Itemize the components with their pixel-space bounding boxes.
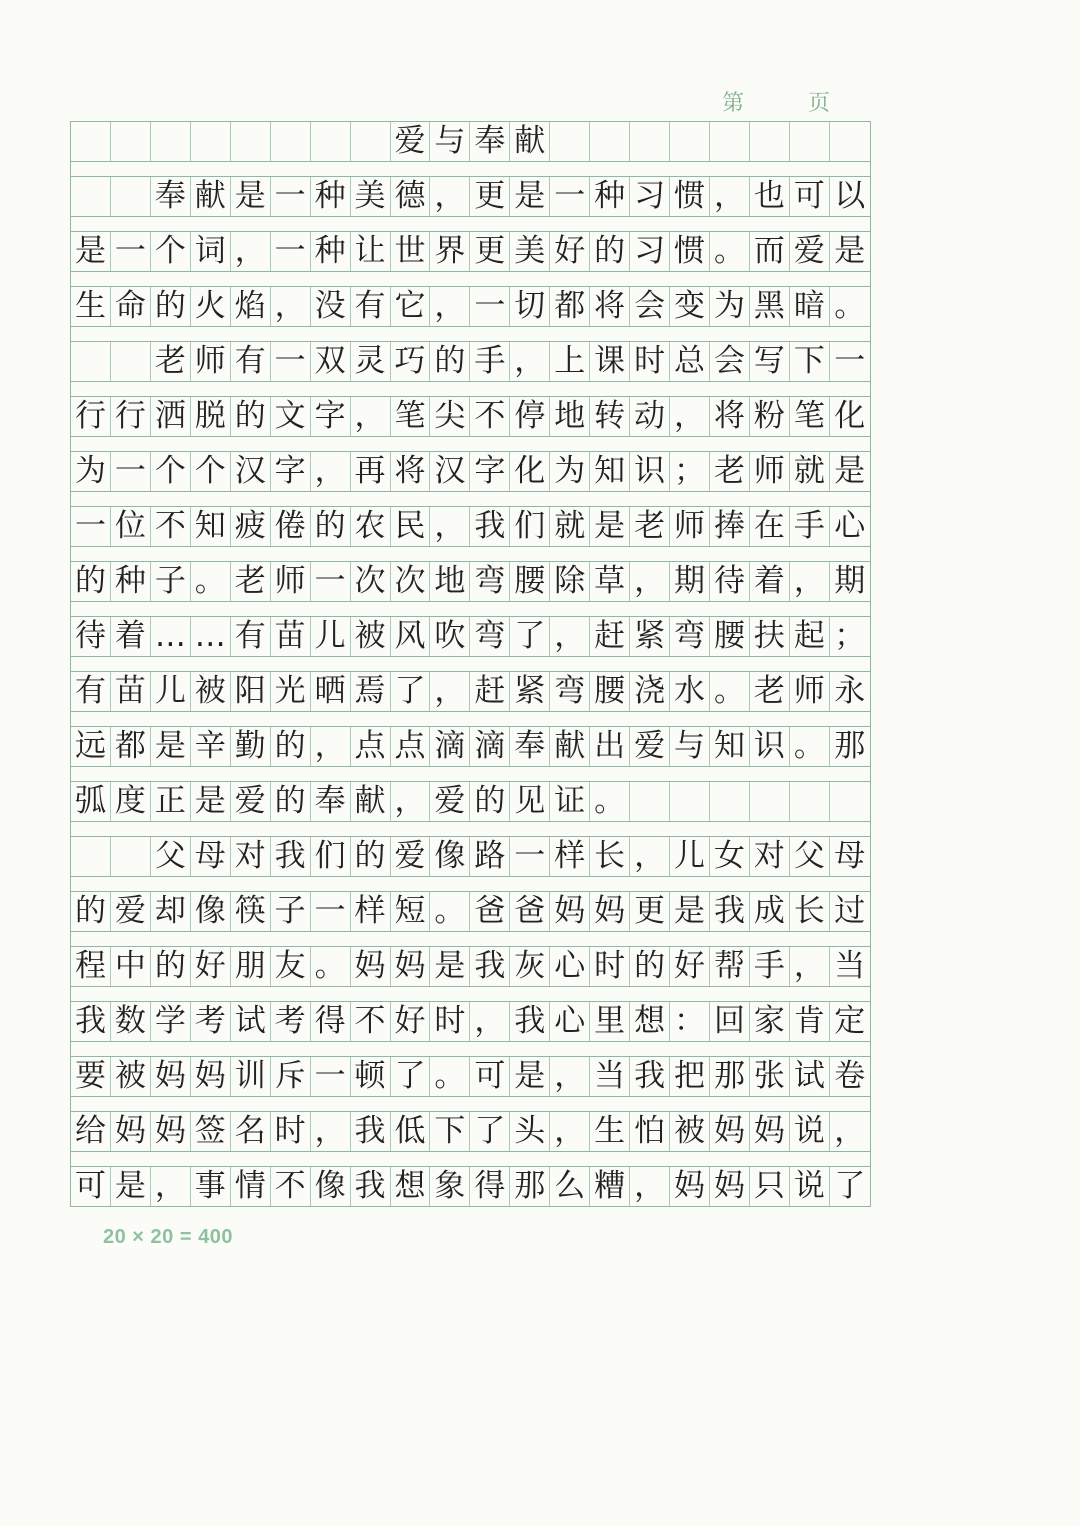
grid-cell: 浇 — [630, 672, 670, 711]
grid-cell: 将 — [391, 452, 431, 491]
grid-cell — [311, 122, 351, 161]
grid-cell: 更 — [630, 892, 670, 931]
grid-cell: 习 — [630, 177, 670, 216]
grid-cell: ， — [670, 397, 710, 436]
grid-cell: 种 — [311, 232, 351, 271]
grid-cell: 当 — [590, 1057, 630, 1096]
grid-cell: 被 — [351, 617, 391, 656]
text-row: 弧度正是爱的奉献，爱的见证。 — [71, 781, 870, 822]
grid-cell: 不 — [271, 1167, 311, 1206]
grid-cell: 捧 — [710, 507, 750, 546]
grid-cell: 老 — [151, 342, 191, 381]
grid-cell: 一 — [271, 342, 311, 381]
grid-cell: 美 — [351, 177, 391, 216]
grid-cell — [590, 122, 630, 161]
grid-cell: 行 — [111, 397, 151, 436]
grid-cell: 我 — [470, 507, 510, 546]
grid-cell: 种 — [590, 177, 630, 216]
grid-cell: 我 — [470, 947, 510, 986]
text-row: 待着……有苗儿被风吹弯了，赶紧弯腰扶起； — [71, 616, 870, 657]
grid-cell: ， — [710, 177, 750, 216]
grid-cell: 把 — [670, 1057, 710, 1096]
text-row: 的爱却像筷子一样短。爸爸妈妈更是我成长过 — [71, 891, 870, 932]
grid-cell: 弯 — [670, 617, 710, 656]
grid-cell: ， — [430, 287, 470, 326]
grid-cell: 长 — [790, 892, 830, 931]
grid-cell: 时 — [430, 1002, 470, 1041]
grid-cell: 焉 — [351, 672, 391, 711]
grid-cell: 腰 — [710, 617, 750, 656]
grid-cell: 爱 — [231, 782, 271, 821]
grid-cell: 师 — [750, 452, 790, 491]
grid-cell: 字 — [271, 452, 311, 491]
grid-cell: 为 — [710, 287, 750, 326]
grid-cell: ， — [470, 1002, 510, 1041]
text-row: 生命的火焰，没有它，一切都将会变为黑暗。 — [71, 286, 870, 327]
grid-cell: 惯 — [670, 232, 710, 271]
grid-cell: 试 — [790, 1057, 830, 1096]
grid-cell: 切 — [510, 287, 550, 326]
text-row: 的种子。老师一次次地弯腰除草，期待着，期 — [71, 561, 870, 602]
grid-cell: 灰 — [510, 947, 550, 986]
grid-cell: 着 — [111, 617, 151, 656]
grid-cell: 生 — [71, 287, 111, 326]
grid-cell: 。 — [590, 782, 630, 821]
grid-cell: ， — [550, 1112, 590, 1151]
grid-cell: 中 — [111, 947, 151, 986]
grid-cell: 爸 — [470, 892, 510, 931]
row-gap — [71, 932, 870, 946]
grid-cell: 像 — [191, 892, 231, 931]
grid-cell: 献 — [510, 122, 550, 161]
grid-cell: 界 — [430, 232, 470, 271]
text-row: 要被妈妈训斥一顿了。可是，当我把那张试卷 — [71, 1056, 870, 1097]
grid-cell: 会 — [710, 342, 750, 381]
text-row: 一位不知疲倦的农民，我们就是老师捧在手心 — [71, 506, 870, 547]
grid-cell: 不 — [470, 397, 510, 436]
grid-cell — [71, 342, 111, 381]
row-gap — [71, 657, 870, 671]
grid-cell: 苗 — [271, 617, 311, 656]
grid-cell: ， — [430, 177, 470, 216]
grid-cell: 师 — [191, 342, 231, 381]
grid-cell: ， — [630, 1167, 670, 1206]
grid-cell: 灵 — [351, 342, 391, 381]
grid-cell: 的 — [231, 397, 271, 436]
grid-cell: 程 — [71, 947, 111, 986]
grid-cell: 。 — [710, 672, 750, 711]
text-row: 给妈妈签名时，我低下了头，生怕被妈妈说， — [71, 1111, 870, 1152]
grid-cell: 是 — [71, 232, 111, 271]
grid-cell: ， — [830, 1112, 870, 1151]
grid-cell: 下 — [430, 1112, 470, 1151]
grid-cell — [630, 782, 670, 821]
grid-cell — [111, 122, 151, 161]
grid-cell: 父 — [790, 837, 830, 876]
grid-cell: 我 — [630, 1057, 670, 1096]
grid-cell: 行 — [71, 397, 111, 436]
grid-cell: 。 — [430, 892, 470, 931]
grid-cell: 妈 — [550, 892, 590, 931]
grid-cell: 成 — [750, 892, 790, 931]
grid-cell: 签 — [191, 1112, 231, 1151]
grid-cell: 永 — [830, 672, 870, 711]
grid-cell: 朋 — [231, 947, 271, 986]
grid-cell: 爸 — [510, 892, 550, 931]
grid-cell: 焰 — [231, 287, 271, 326]
grid-cell: 是 — [830, 232, 870, 271]
grid-cell: 是 — [430, 947, 470, 986]
grid-cell — [830, 782, 870, 821]
grid-cell: 是 — [510, 177, 550, 216]
grid-cell: 光 — [271, 672, 311, 711]
grid-cell: 民 — [391, 507, 431, 546]
grid-cell: 个 — [151, 232, 191, 271]
grid-cell: 筷 — [231, 892, 271, 931]
grid-cell: 回 — [710, 1002, 750, 1041]
grid-cell: 。 — [790, 727, 830, 766]
grid-cell: 头 — [510, 1112, 550, 1151]
grid-cell — [111, 342, 151, 381]
grid-cell: 待 — [71, 617, 111, 656]
grid-cell: 献 — [191, 177, 231, 216]
text-row: 为一个个汉字，再将汉字化为知识；老师就是 — [71, 451, 870, 492]
grid-cell: 而 — [750, 232, 790, 271]
grid-cell: 妈 — [151, 1057, 191, 1096]
grid-cell: 暗 — [790, 287, 830, 326]
grid-cell: 一 — [271, 177, 311, 216]
grid-cell: 试 — [231, 1002, 271, 1041]
row-gap — [71, 162, 870, 176]
grid-cell: 老 — [710, 452, 750, 491]
grid-cell: 黑 — [750, 287, 790, 326]
grid-cell: 没 — [311, 287, 351, 326]
grid-cell: 出 — [590, 727, 630, 766]
grid-cell: 友 — [271, 947, 311, 986]
grid-cell: 不 — [351, 1002, 391, 1041]
grid-cell: ， — [271, 287, 311, 326]
grid-cell: 写 — [750, 342, 790, 381]
grid-cell: 爱 — [790, 232, 830, 271]
grid-cell: 母 — [830, 837, 870, 876]
grid-cell: 数 — [111, 1002, 151, 1041]
grid-cell: 爱 — [391, 837, 431, 876]
text-row: 远都是辛勤的，点点滴滴奉献出爱与知识。那 — [71, 726, 870, 767]
grid-cell: 的 — [71, 562, 111, 601]
row-gap — [71, 987, 870, 1001]
grid-cell: 么 — [550, 1167, 590, 1206]
grid-cell: 一 — [550, 177, 590, 216]
grid-cell: … — [191, 617, 231, 656]
row-gap — [71, 272, 870, 286]
grid-cell: ； — [670, 452, 710, 491]
grid-cell: 的 — [151, 947, 191, 986]
grid-cell: 献 — [351, 782, 391, 821]
grid-cell: 给 — [71, 1112, 111, 1151]
grid-cell: 了 — [470, 1112, 510, 1151]
grid-cell: 却 — [151, 892, 191, 931]
grid-cell: 倦 — [271, 507, 311, 546]
grid-cell: 好 — [191, 947, 231, 986]
grid-cell: 说 — [790, 1167, 830, 1206]
grid-cell: 了 — [391, 672, 431, 711]
grid-cell: 的 — [151, 287, 191, 326]
grid-cell: 弯 — [470, 562, 510, 601]
grid-cell: 会 — [630, 287, 670, 326]
text-row: 父母对我们的爱像路一样长，儿女对父母 — [71, 836, 870, 877]
grid-cell: 妈 — [590, 892, 630, 931]
grid-cell: 的 — [590, 232, 630, 271]
grid-cell: 的 — [470, 782, 510, 821]
grid-cell: 动 — [630, 397, 670, 436]
grid-cell: 苗 — [111, 672, 151, 711]
grid-cell: 时 — [590, 947, 630, 986]
grid-cell: 再 — [351, 452, 391, 491]
grid-cell — [550, 122, 590, 161]
grid-cell: 知 — [191, 507, 231, 546]
row-gap — [71, 1097, 870, 1111]
grid-cell: 字 — [311, 397, 351, 436]
grid-cell: 妈 — [710, 1112, 750, 1151]
grid-cell: 将 — [710, 397, 750, 436]
grid-cell: 勤 — [231, 727, 271, 766]
text-row: 可是，事情不像我想象得那么糟，妈妈只说了 — [71, 1166, 870, 1207]
grid-cell: 时 — [271, 1112, 311, 1151]
grid-cell: 远 — [71, 727, 111, 766]
grid-cell: 妈 — [670, 1167, 710, 1206]
grid-cell: 老 — [750, 672, 790, 711]
grid-cell: 命 — [111, 287, 151, 326]
grid-cell: 双 — [311, 342, 351, 381]
grid-cell: 手 — [790, 507, 830, 546]
grid-cell: 心 — [550, 1002, 590, 1041]
grid-cell: 汉 — [430, 452, 470, 491]
grid-cell: 世 — [391, 232, 431, 271]
grid-cell: 奉 — [151, 177, 191, 216]
grid-cell: 停 — [510, 397, 550, 436]
grid-cell: 爱 — [630, 727, 670, 766]
grid-cell: 巧 — [391, 342, 431, 381]
grid-cell: 汉 — [231, 452, 271, 491]
row-gap — [71, 327, 870, 341]
grid-cell: 样 — [351, 892, 391, 931]
grid-cell: ， — [550, 617, 590, 656]
grid-cell: 期 — [670, 562, 710, 601]
grid-cell: 心 — [550, 947, 590, 986]
grid-cell — [790, 782, 830, 821]
grid-cell: 阳 — [231, 672, 271, 711]
page-number-prefix: 第 — [722, 86, 744, 117]
grid-cell: 名 — [231, 1112, 271, 1151]
grid-cell: 以 — [830, 177, 870, 216]
grid-cell: 变 — [670, 287, 710, 326]
grid-cell: 帮 — [710, 947, 750, 986]
grid-cell: 可 — [790, 177, 830, 216]
grid-cell: 那 — [710, 1057, 750, 1096]
row-gap — [71, 382, 870, 396]
grid-cell — [750, 122, 790, 161]
row-gap — [71, 767, 870, 781]
grid-cell: 的 — [271, 782, 311, 821]
row-gap — [71, 1152, 870, 1166]
grid-cell: 文 — [271, 397, 311, 436]
grid-cell: 化 — [830, 397, 870, 436]
grid-cell: 与 — [430, 122, 470, 161]
grid-cell: 惯 — [670, 177, 710, 216]
grid-cell: 怕 — [630, 1112, 670, 1151]
row-gap — [71, 602, 870, 616]
grid-cell: 爱 — [391, 122, 431, 161]
grid-cell: 脱 — [191, 397, 231, 436]
grid-cell: 父 — [151, 837, 191, 876]
grid-cell: 更 — [470, 177, 510, 216]
grid-cell: 张 — [750, 1057, 790, 1096]
grid-cell: 种 — [111, 562, 151, 601]
grid-cell: 证 — [550, 782, 590, 821]
row-gap — [71, 437, 870, 451]
grid-cell: 可 — [71, 1167, 111, 1206]
grid-cell: 有 — [351, 287, 391, 326]
grid-cell: 。 — [710, 232, 750, 271]
grid-cell — [630, 122, 670, 161]
grid-cell: 度 — [111, 782, 151, 821]
grid-cell: 。 — [830, 287, 870, 326]
grid-cell: 识 — [630, 452, 670, 491]
grid-cell: 了 — [391, 1057, 431, 1096]
grid-cell: 奉 — [470, 122, 510, 161]
grid-cell: 一 — [271, 232, 311, 271]
grid-cell: 知 — [590, 452, 630, 491]
grid-cell: 都 — [550, 287, 590, 326]
grid-cell: 辛 — [191, 727, 231, 766]
grid-cell: 妈 — [151, 1112, 191, 1151]
grid-cell: 那 — [830, 727, 870, 766]
grid-cell: 爱 — [111, 892, 151, 931]
grid-cell: 有 — [231, 342, 271, 381]
grid-cell: 让 — [351, 232, 391, 271]
grid-cell: 位 — [111, 507, 151, 546]
text-row: 奉献是一种美德，更是一种习惯，也可以 — [71, 176, 870, 217]
grid-cell: 一 — [111, 232, 151, 271]
row-gap — [71, 217, 870, 231]
grid-cell: 一 — [311, 892, 351, 931]
grid-cell: 是 — [151, 727, 191, 766]
grid-cell: 点 — [391, 727, 431, 766]
grid-cell: 斥 — [271, 1057, 311, 1096]
grid-cell: 情 — [231, 1167, 271, 1206]
grid-cell: 一 — [311, 562, 351, 601]
grid-cell — [750, 782, 790, 821]
grid-cell: 知 — [710, 727, 750, 766]
grid-cell: 妈 — [750, 1112, 790, 1151]
grid-cell — [710, 122, 750, 161]
grid-cell: 奉 — [510, 727, 550, 766]
grid-cell: 弯 — [470, 617, 510, 656]
grid-cell: 地 — [550, 397, 590, 436]
grid-cell: 为 — [71, 452, 111, 491]
grid-cell: 说 — [790, 1112, 830, 1151]
grid-cell: ， — [151, 1167, 191, 1206]
grid-cell: 时 — [630, 342, 670, 381]
grid-cell: 手 — [750, 947, 790, 986]
grid-cell: 考 — [191, 1002, 231, 1041]
grid-cell: 妈 — [351, 947, 391, 986]
grid-cell: 次 — [391, 562, 431, 601]
grid-cell: 心 — [830, 507, 870, 546]
grid-cell: 粉 — [750, 397, 790, 436]
grid-cell: 是 — [830, 452, 870, 491]
grid-cell: 种 — [311, 177, 351, 216]
grid-cell: 。 — [311, 947, 351, 986]
grid-cell: 要 — [71, 1057, 111, 1096]
grid-cell: 只 — [750, 1167, 790, 1206]
row-gap — [71, 492, 870, 506]
grid-cell: 次 — [351, 562, 391, 601]
grid-cell: 水 — [670, 672, 710, 711]
grid-cell: 风 — [391, 617, 431, 656]
grid-cell: 像 — [311, 1167, 351, 1206]
grid-cell: 子 — [271, 892, 311, 931]
text-row: 是一个词，一种让世界更美好的习惯。而爱是 — [71, 231, 870, 272]
grid-cell: 们 — [510, 507, 550, 546]
grid-cell: 学 — [151, 1002, 191, 1041]
grid-cell: 生 — [590, 1112, 630, 1151]
grid-cell: 识 — [750, 727, 790, 766]
grid-cell: 都 — [111, 727, 151, 766]
grid-cell: 妈 — [191, 1057, 231, 1096]
text-row: 有苗儿被阳光晒焉了，赶紧弯腰浇水。老师永 — [71, 671, 870, 712]
grid-cell — [670, 122, 710, 161]
grid-cell: 习 — [630, 232, 670, 271]
grid-cell: 更 — [470, 232, 510, 271]
grid-cell: 火 — [191, 287, 231, 326]
grid-cell: 词 — [191, 232, 231, 271]
grid-cell: 老 — [231, 562, 271, 601]
grid-cell: 的 — [271, 727, 311, 766]
grid-cell: 一 — [71, 507, 111, 546]
grid-cell: 被 — [191, 672, 231, 711]
grid-cell: 师 — [670, 507, 710, 546]
grid-cell: 卷 — [830, 1057, 870, 1096]
grid-cell: 也 — [750, 177, 790, 216]
row-gap — [71, 547, 870, 561]
grid-cell: 上 — [550, 342, 590, 381]
grid-cell: 有 — [71, 672, 111, 711]
grid-cell: 老 — [630, 507, 670, 546]
row-gap — [71, 877, 870, 891]
grid-cell: 好 — [550, 232, 590, 271]
grid-cell — [111, 837, 151, 876]
grid-cell: 扶 — [750, 617, 790, 656]
grid-cell: 的 — [630, 947, 670, 986]
grid-cell: 一 — [510, 837, 550, 876]
grid-cell: 的 — [311, 507, 351, 546]
grid-cell: 是 — [231, 177, 271, 216]
grid-cell: ， — [630, 562, 670, 601]
grid-cell: 得 — [311, 1002, 351, 1041]
grid-cell: 与 — [670, 727, 710, 766]
grid-cell — [111, 177, 151, 216]
grid-cell: 里 — [590, 1002, 630, 1041]
grid-cell: 笔 — [391, 397, 431, 436]
grid-cell: 当 — [830, 947, 870, 986]
grid-cell: 顿 — [351, 1057, 391, 1096]
grid-cell: 德 — [391, 177, 431, 216]
grid-cell: 妈 — [710, 1167, 750, 1206]
title-row: 爱与奉献 — [71, 121, 870, 162]
grid-cell: 事 — [191, 1167, 231, 1206]
grid-cell: 手 — [470, 342, 510, 381]
